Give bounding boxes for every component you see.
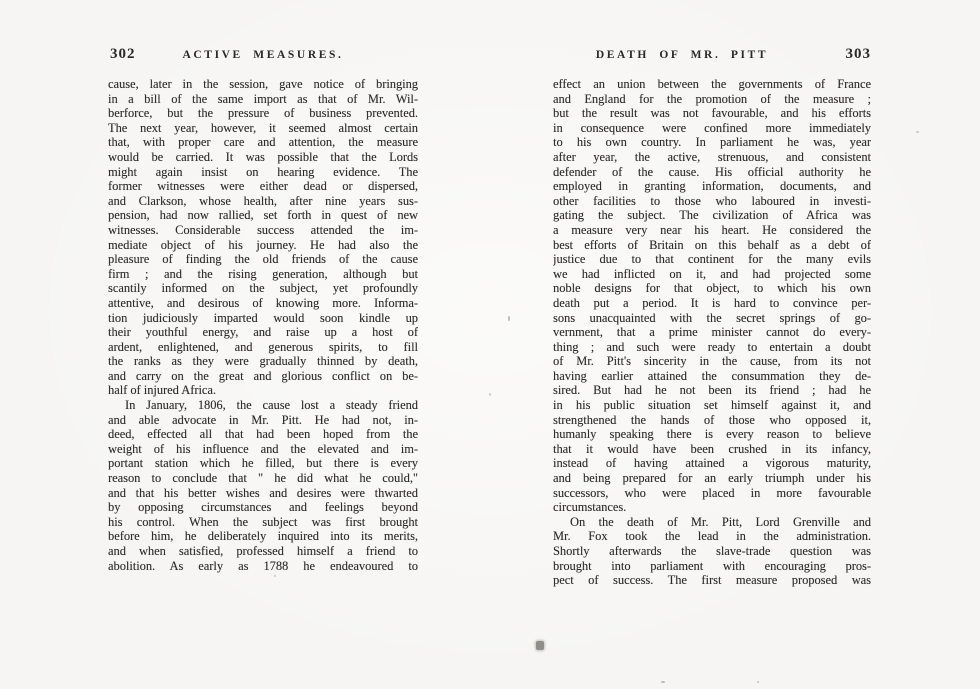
text-line: humanly speaking there is every reason t…	[553, 427, 871, 442]
text-line: tion judiciously imparted would soon kin…	[108, 311, 418, 326]
scan-speck	[661, 681, 665, 683]
right-page: DEATH OF MR. PITT 303 effect an union be…	[553, 46, 871, 588]
text-line: would be carried. It was possible that t…	[108, 150, 418, 165]
text-line: scantily informed on the subject, yet pr…	[108, 281, 418, 296]
text-line: cause, later in the session, gave notice…	[108, 77, 418, 92]
text-line: defender of the cause. His official auth…	[553, 165, 871, 180]
text-line: and England for the promotion of the mea…	[553, 92, 871, 107]
text-line: thing ; and such were ready to entertain…	[553, 340, 871, 355]
text-line: effect an union between the governments …	[553, 77, 871, 92]
scan-speck	[916, 131, 919, 133]
text-line: strengthened the hands of those who oppo…	[553, 413, 871, 428]
text-line: of Mr. Pitt's sincerity in the cause, fr…	[553, 354, 871, 369]
right-page-header: DEATH OF MR. PITT 303	[553, 46, 871, 64]
scan-speck	[274, 575, 276, 577]
left-running-head: ACTIVE MEASURES.	[108, 49, 418, 61]
text-line: sired. But had he not been its friend ; …	[553, 383, 871, 398]
text-line: his control. When the subject was first …	[108, 515, 418, 530]
text-line: their youthful energy, and raise up a ho…	[108, 325, 418, 340]
text-line: but the result was not favourable, and h…	[553, 106, 871, 121]
text-line: and being prepared for an early triumph …	[553, 471, 871, 486]
text-line: having earlier attained the consummation…	[553, 369, 871, 384]
text-line: a measure very near his heart. He consid…	[553, 223, 871, 238]
text-line: that, with proper care and attention, th…	[108, 135, 418, 150]
scan-speck	[508, 316, 510, 321]
text-line: justice due to that continent for the ma…	[553, 252, 871, 267]
text-line: and that his better wishes and desires w…	[108, 486, 418, 501]
text-line: pect of success. The first measure propo…	[553, 573, 871, 588]
scan-smudge	[536, 641, 544, 650]
left-page: 302 ACTIVE MEASURES. cause, later in the…	[108, 46, 418, 573]
text-line: Shortly afterwards the slave-trade quest…	[553, 544, 871, 559]
text-line: In January, 1806, the cause lost a stead…	[108, 398, 418, 413]
book-spread: 302 ACTIVE MEASURES. cause, later in the…	[0, 0, 980, 689]
text-line: death put a period. It is hard to convin…	[553, 296, 871, 311]
text-line: ardent, enlightened, and generous spirit…	[108, 340, 418, 355]
left-page-body: cause, later in the session, gave notice…	[108, 77, 418, 573]
text-line: circumstances.	[553, 500, 871, 515]
text-line: abolition. As early as 1788 he endeavour…	[108, 559, 418, 574]
text-line: On the death of Mr. Pitt, Lord Grenville…	[553, 515, 871, 530]
text-line: we had inflicted on it, and had projecte…	[553, 267, 871, 282]
text-line: noble designs for that object, to which …	[553, 281, 871, 296]
text-line: berforce, but the pressure of business p…	[108, 106, 418, 121]
text-line: before him, he deliberately inquired int…	[108, 529, 418, 544]
text-line: deed, effected all that had been hoped f…	[108, 427, 418, 442]
left-page-header: 302 ACTIVE MEASURES.	[108, 46, 418, 64]
text-line: and Clarkson, whose health, after nine y…	[108, 194, 418, 209]
text-line: successors, who were placed in more favo…	[553, 486, 871, 501]
text-line: after year, the active, strenuous, and c…	[553, 150, 871, 165]
text-line: to his own country. In parliament he was…	[553, 135, 871, 150]
text-line: the ranks as they were gradually thinned…	[108, 354, 418, 369]
text-line: best efforts of Britain on this behalf a…	[553, 238, 871, 253]
text-line: vernment, that a prime minister cannot d…	[553, 325, 871, 340]
text-line: employed in granting information, docume…	[553, 179, 871, 194]
right-page-body: effect an union between the governments …	[553, 77, 871, 588]
scan-speck	[489, 393, 491, 396]
right-running-head: DEATH OF MR. PITT	[535, 49, 829, 61]
text-line: in his public situation set himself agai…	[553, 398, 871, 413]
text-line: portant station which he filled, but the…	[108, 456, 418, 471]
text-line: that it would have been crushed in its i…	[553, 442, 871, 457]
text-line: former witnesses were either dead or dis…	[108, 179, 418, 194]
text-line: Mr. Fox took the lead in the administrat…	[553, 529, 871, 544]
text-line: and able advocate in Mr. Pitt. He had no…	[108, 413, 418, 428]
right-page-number: 303	[846, 46, 872, 63]
text-line: and carry on the great and glorious conf…	[108, 369, 418, 384]
text-line: witnesses. Considerable success attended…	[108, 223, 418, 238]
text-line: other facilities to those who laboured i…	[553, 194, 871, 209]
text-line: instead of having attained a vigorous ma…	[553, 456, 871, 471]
text-line: weight of his influence and the elevated…	[108, 442, 418, 457]
text-line: firm ; and the rising generation, althou…	[108, 267, 418, 282]
text-line: by opposing circumstances and feelings b…	[108, 500, 418, 515]
text-line: pension, had now rallied, set forth in q…	[108, 208, 418, 223]
text-line: and when satisfied, professed himself a …	[108, 544, 418, 559]
text-line: reason to conclude that " he did what he…	[108, 471, 418, 486]
text-line: in a bill of the same import as that of …	[108, 92, 418, 107]
text-line: gating the subject. The civilization of …	[553, 208, 871, 223]
text-line: mediate object of his journey. He had al…	[108, 238, 418, 253]
text-line: brought into parliament with encouraging…	[553, 559, 871, 574]
text-line: The next year, however, it seemed almost…	[108, 121, 418, 136]
text-line: sons unacquainted with the secret spring…	[553, 311, 871, 326]
text-line: attentive, and desirous of knowing more.…	[108, 296, 418, 311]
scan-speck	[757, 681, 759, 683]
text-line: half of injured Africa.	[108, 383, 418, 398]
text-line: pleasure of finding the old friends of t…	[108, 252, 418, 267]
text-line: might again insist on hearing evidence. …	[108, 165, 418, 180]
text-line: in consequence were confined more immedi…	[553, 121, 871, 136]
